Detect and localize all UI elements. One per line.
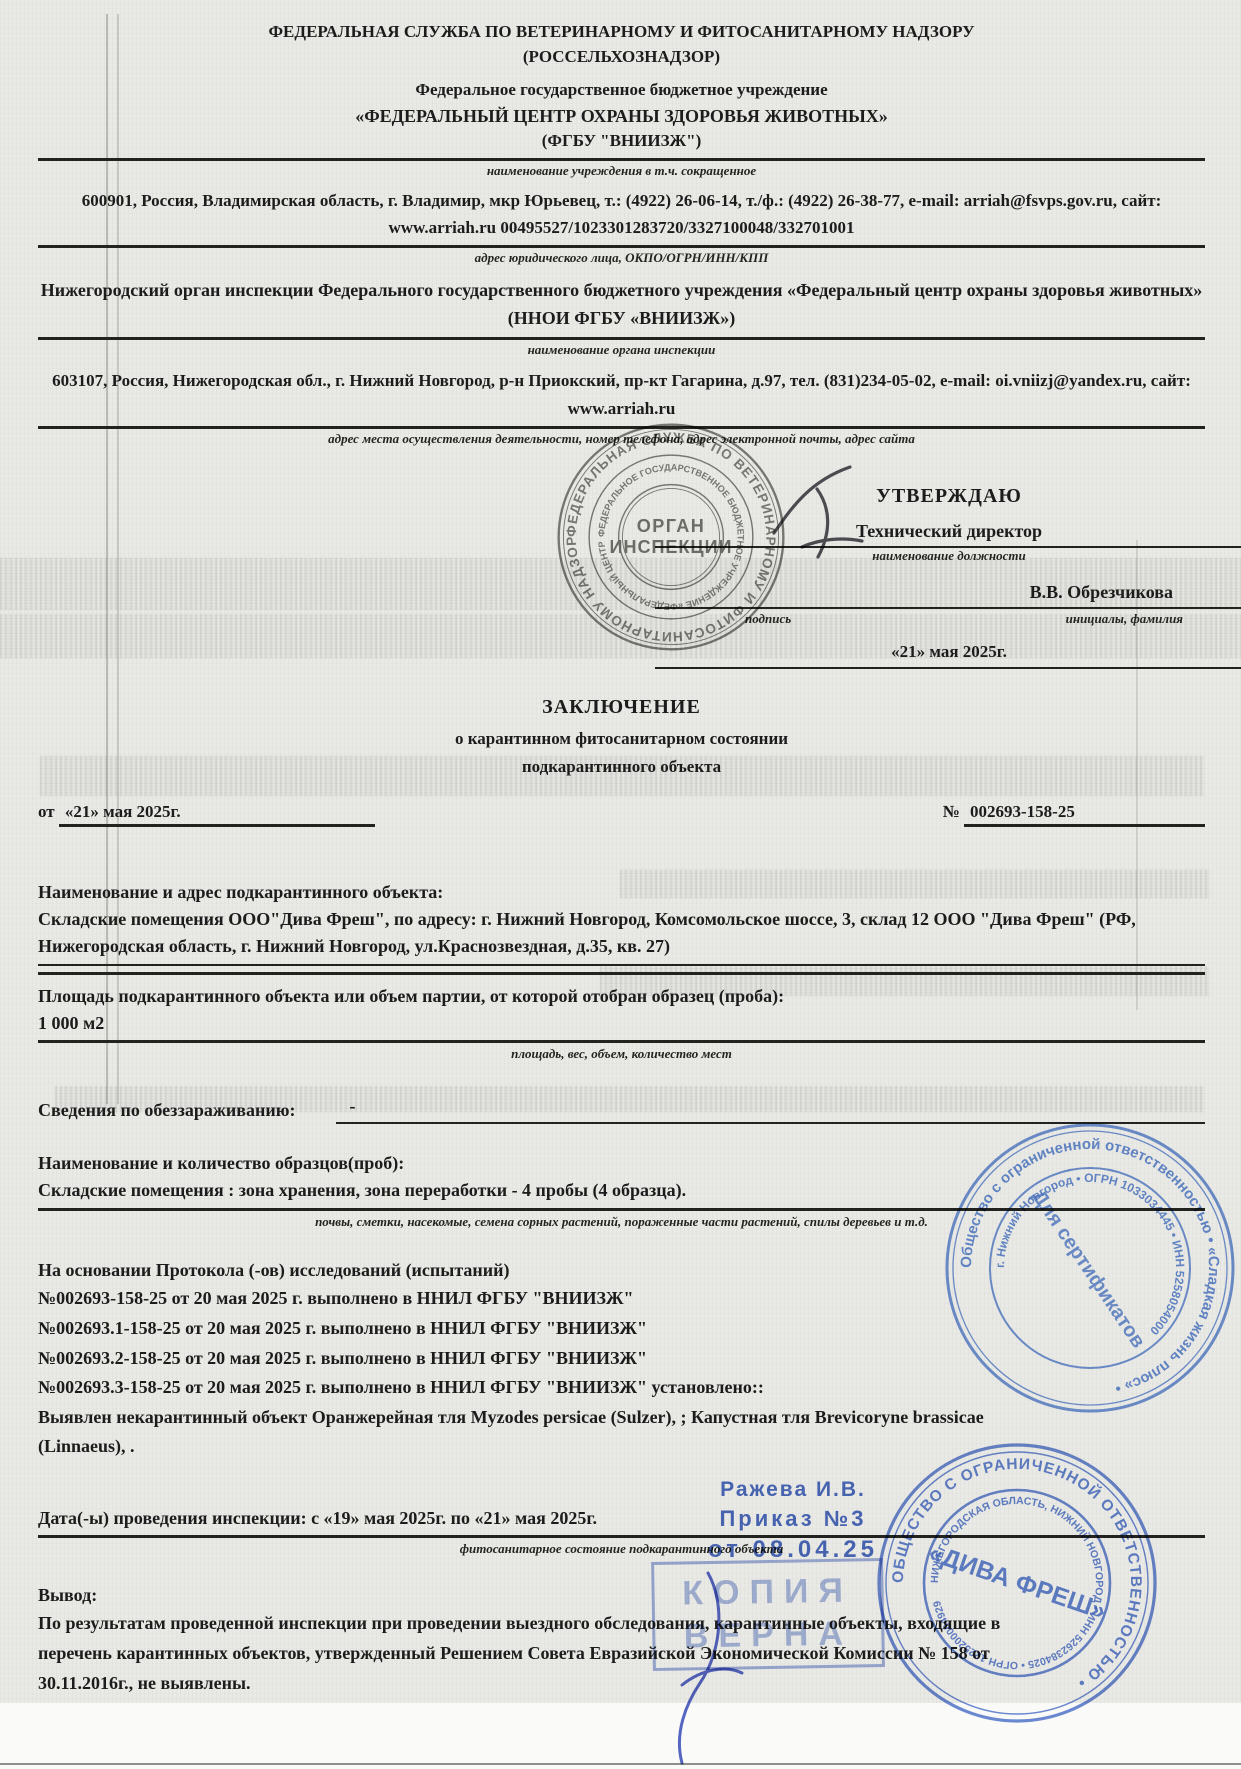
letterhead-service-short: (РОССЕЛЬХОЗНАДЗОР) [38, 45, 1205, 70]
caption-area: площадь, вес, объем, количество мест [38, 1046, 1205, 1063]
number-value: 002693-158-25 [964, 802, 1205, 827]
legal-address: 600901, Россия, Владимирская область, г.… [38, 187, 1205, 241]
diva-stamp-center-text: «ДИВА ФРЕШ» [925, 1539, 1109, 1626]
disinfection-label: Сведения по обеззараживанию: [38, 1097, 296, 1124]
rule [38, 972, 1205, 975]
director-signature [762, 455, 882, 575]
object-value: Складские помещения ООО"Дива Фреш", по а… [38, 906, 1205, 966]
inspection-org-name: Нижегородский орган инспекции Федерально… [38, 277, 1205, 333]
date-value: «21» мая 2025г. [59, 802, 375, 827]
document-subtitle-1: о карантинном фитосанитарном состоянии [38, 727, 1205, 752]
letterhead-institution-name: «ФЕДЕРАЛЬНЫЙ ЦЕНТР ОХРАНЫ ЗДОРОВЬЯ ЖИВОТ… [38, 103, 1205, 129]
inspector-name: Ражева И.В. [688, 1476, 898, 1504]
cert-stamp-center-text: Для сертификатов [1027, 1186, 1149, 1352]
area-label: Площадь подкарантинного объекта или объе… [38, 983, 1205, 1010]
copy-signature [630, 1565, 790, 1769]
certificates-round-stamp: Общество с ограниченной ответственностью… [940, 1118, 1240, 1418]
area-value: 1 000 м2 [38, 1010, 1205, 1043]
rule [38, 158, 1205, 161]
rule [38, 245, 1205, 248]
organ-stamp-center-1: ОРГАН [637, 516, 705, 536]
inspector-order-stamp: Ражева И.В. Приказ №3 от 08.04.25 [688, 1476, 898, 1566]
organ-stamp-center-2: ИНСПЕКЦИИ [610, 537, 733, 557]
rule [38, 337, 1205, 340]
caption-initials: инициалы, фамилия [1066, 611, 1183, 628]
object-label: Наименование и адрес подкарантинного объ… [38, 879, 1205, 906]
caption-institution: наименование учреждения в т.ч. сокращенн… [38, 163, 1205, 180]
diva-fresh-round-stamp: ОБЩЕСТВО С ОГРАНИЧЕННОЙ ОТВЕТСТВЕННОСТЬЮ… [872, 1438, 1162, 1728]
date-number-row: от «21» мая 2025г. № 002693-158-25 [38, 802, 1205, 827]
document-title: ЗАКЛЮЧЕНИЕ [38, 696, 1205, 719]
document-date: от «21» мая 2025г. [38, 802, 375, 827]
inspection-org-address: 603107, Россия, Нижегородская обл., г. Н… [38, 367, 1205, 421]
inspection-organ-stamp: ФЕДЕРАЛЬНАЯ СЛУЖБА ПО ВЕТЕРИНАРНОМУ И ФИ… [552, 418, 790, 656]
document-subtitle-2: подкарантинного объекта [38, 755, 1205, 780]
date-label: от [38, 802, 55, 821]
letterhead-service: ФЕДЕРАЛЬНАЯ СЛУЖБА ПО ВЕТЕРИНАРНОМУ И ФИ… [38, 20, 1205, 45]
scanned-document-page: ФЕДЕРАЛЬНАЯ СЛУЖБА ПО ВЕТЕРИНАРНОМУ И ФИ… [0, 0, 1241, 1769]
caption-legal-address: адрес юридического лица, ОКПО/ОГРН/ИНН/К… [38, 250, 1205, 267]
inspector-order: Приказ №3 [688, 1504, 898, 1534]
caption-inspection-org: наименование органа инспекции [38, 342, 1205, 359]
number-label: № [943, 802, 960, 821]
letterhead-institution-type: Федеральное государственное бюджетное уч… [38, 78, 1205, 103]
findings-text: Выявлен некарантинный объект Оранжерейна… [38, 1403, 998, 1461]
document-number: № 002693-158-25 [943, 802, 1205, 827]
scan-bottom-line [0, 1763, 1241, 1765]
letterhead-institution-short: (ФГБУ "ВНИИЗЖ") [38, 129, 1205, 154]
